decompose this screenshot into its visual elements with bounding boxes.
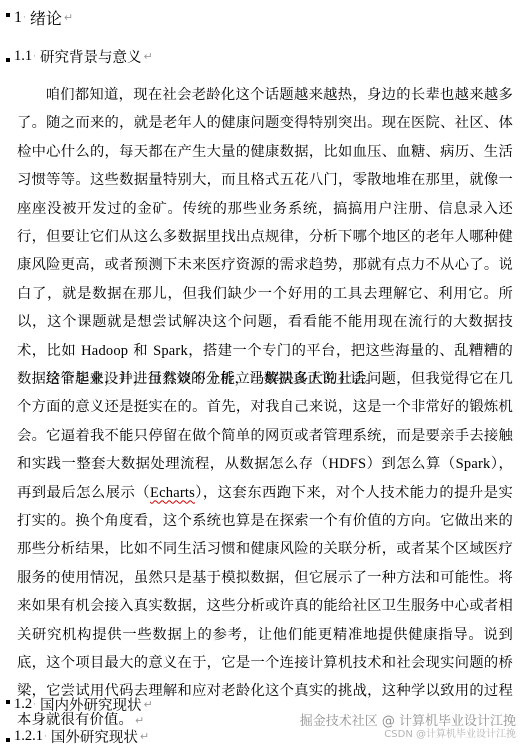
watermark: 掘金技术社区 @ 计算机毕业设计江挽 CSDN @计算机毕业设计江挽 — [300, 714, 516, 741]
heading-number: 1 — [14, 9, 22, 27]
heading-number: 1.2.1 — [14, 728, 43, 745]
watermark-sub: CSDN @计算机毕业设计江挽 — [300, 729, 516, 741]
paragraph-mark-icon: ↵ — [144, 50, 153, 63]
term-spark: Spark — [153, 343, 188, 359]
heading-1[interactable]: 1 · 绪论 ↵ — [6, 6, 73, 29]
paragraph-text: 这个毕业设计，虽然谈不上能立马解决多大的社会问题，但我觉得它在几个方面的意义还是… — [17, 365, 513, 735]
space-mark: · — [44, 732, 47, 742]
heading-marker-icon — [6, 738, 10, 742]
space-mark: · — [33, 700, 36, 710]
term-spark: Spark — [456, 456, 491, 472]
text-run: 和 — [128, 343, 153, 359]
watermark-main: 掘金技术社区 @ 计算机毕业设计江挽 — [300, 714, 516, 729]
paragraph-background[interactable]: 咱们都知道，现在社会老龄化这个话题越来越热，身边的长辈也越来越多了。随之而来的，… — [17, 81, 513, 394]
paragraph-mark-icon: ↵ — [135, 714, 144, 727]
paragraph-mark-icon: ↵ — [144, 698, 153, 711]
paragraph-mark-icon: ↵ — [140, 730, 149, 743]
text-run: ）到怎么算（ — [366, 456, 455, 472]
paragraph-significance[interactable]: 这个毕业设计，虽然谈不上能立马解决多大的社会问题，但我觉得它在几个方面的意义还是… — [17, 365, 513, 735]
space-mark: · — [33, 52, 36, 62]
heading-title: 国外研究现状 — [51, 726, 138, 747]
heading-title: 研究背景与意义 — [40, 46, 142, 67]
heading-number: 1.2 — [14, 696, 32, 713]
heading-marker-icon — [6, 700, 10, 704]
paragraph-text: 咱们都知道，现在社会老龄化这个话题越来越热，身边的长辈也越来越多了。随之而来的，… — [17, 81, 513, 394]
heading-title: 国内外研究现状 — [40, 694, 142, 715]
heading-1-1[interactable]: 1.1 · 研究背景与意义 ↵ — [6, 46, 153, 67]
term-hadoop: Hadoop — [81, 343, 128, 359]
heading-marker-icon — [6, 58, 10, 62]
heading-1-2-1[interactable]: 1.2.1 · 国外研究现状 ↵ — [6, 726, 149, 747]
text-run: ），这套东西跑下来，对个人技术能力的提升是实打实的。换个角度看，这个系统也算是在… — [17, 485, 513, 728]
heading-number: 1.1 — [14, 48, 32, 65]
space-mark: · — [23, 13, 26, 23]
heading-title: 绪论 — [30, 6, 62, 29]
heading-1-2[interactable]: 1.2 · 国内外研究现状 ↵ — [6, 694, 153, 715]
paragraph-mark-icon: ↵ — [64, 11, 73, 24]
term-echarts-spellcheck[interactable]: Echarts — [150, 485, 195, 501]
term-hdfs: HDFS — [328, 456, 366, 472]
text-run: 咱们都知道，现在社会老龄化这个话题越来越热，身边的长辈也越来越多了。随之而来的，… — [17, 87, 513, 359]
document-page: 1 · 绪论 ↵ 1.1 · 研究背景与意义 ↵ 咱们都知道，现在社会老龄化这个… — [0, 0, 530, 749]
heading-marker-icon — [6, 13, 10, 17]
